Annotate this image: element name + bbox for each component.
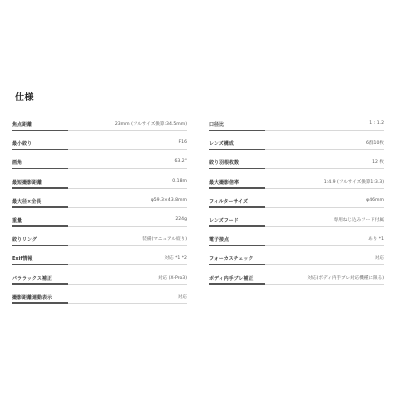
divider-accent	[209, 245, 265, 247]
spec-row: ボディ内手ブレ補正対応(ボディ内手ブレ対応機種に限る)	[209, 273, 384, 292]
spec-value: φ46mm	[366, 198, 384, 203]
spec-row: 画角63.2°	[12, 157, 187, 176]
spec-value: 対応 *1 *2	[164, 255, 187, 261]
spec-label: 絞りリング	[12, 236, 37, 243]
divider-accent	[12, 187, 68, 189]
divider-accent	[209, 283, 265, 285]
spec-value: 12 枚	[372, 159, 384, 165]
spec-value: あり *1	[368, 236, 384, 242]
spec-column-left: 焦点距離23mm (フルサイズ換算:34.5mm) 最小絞りF16 画角63.2…	[12, 119, 187, 311]
spec-label: 撮影距離連動表示	[12, 294, 52, 301]
spec-row: 最大撮影倍率1:4.9 (フルサイズ換算1:3.3)	[209, 177, 384, 196]
spec-column-right: 口径比1 : 1.2 レンズ構成6群10枚 絞り羽根枚数12 枚 最大撮影倍率1…	[209, 119, 384, 292]
spec-value: 23mm (フルサイズ換算:34.5mm)	[115, 121, 187, 127]
spec-row: 焦点距離23mm (フルサイズ換算:34.5mm)	[12, 119, 187, 138]
spec-label: 最大径×全長	[12, 198, 41, 205]
spec-label: レンズ構成	[209, 140, 234, 147]
spec-row: パララックス補正対応 (X-Pro3)	[12, 273, 187, 292]
spec-value: 0.18m	[172, 179, 187, 184]
spec-value: 専用ねじ込みフード付属	[334, 217, 384, 223]
spec-value: 対応 (X-Pro3)	[158, 275, 187, 281]
spec-row: 最小絞りF16	[12, 138, 187, 157]
spec-value: 対応	[178, 294, 187, 300]
spec-label: 重量	[12, 217, 22, 224]
spec-label: 口径比	[209, 121, 224, 128]
spec-value: 対応	[375, 255, 384, 261]
spec-value: 224g	[175, 217, 187, 222]
spec-label: 画角	[12, 159, 22, 166]
spec-row: レンズ構成6群10枚	[209, 138, 384, 157]
spec-label: 最大撮影倍率	[209, 179, 239, 186]
divider-accent	[12, 283, 68, 285]
spec-row: 撮影距離連動表示対応	[12, 292, 187, 311]
spec-label: 焦点距離	[12, 121, 32, 128]
spec-value: 6群10枚	[366, 140, 384, 146]
divider-accent	[209, 130, 265, 132]
spec-row: 絞りリング装備(マニュアル絞り)	[12, 234, 187, 253]
spec-row: 最大径×全長φ59.3×43.8mm	[12, 196, 187, 215]
spec-value: 1:4.9 (フルサイズ換算1:3.3)	[324, 179, 384, 185]
spec-row: 絞り羽根枚数12 枚	[209, 157, 384, 176]
spec-value: 63.2°	[174, 159, 187, 164]
spec-label: 最小絞り	[12, 140, 32, 147]
divider-accent	[12, 225, 68, 227]
spec-row: 電子接点あり *1	[209, 234, 384, 253]
divider-accent	[12, 149, 68, 151]
spec-value: 装備(マニュアル絞り)	[142, 236, 187, 242]
divider-accent	[12, 264, 68, 266]
spec-label: 電子接点	[209, 236, 229, 243]
divider-accent	[209, 168, 265, 170]
spec-label: ボディ内手ブレ補正	[209, 275, 253, 282]
divider-accent	[209, 206, 265, 208]
spec-value: 1 : 1.2	[369, 121, 384, 126]
divider-accent	[12, 302, 68, 304]
spec-row: 重量224g	[12, 215, 187, 234]
spec-label: フィルターサイズ	[209, 198, 248, 205]
spec-row: フィルターサイズφ46mm	[209, 196, 384, 215]
spec-row: レンズフード専用ねじ込みフード付属	[209, 215, 384, 234]
spec-value: φ59.3×43.8mm	[151, 198, 187, 203]
spec-label: 最短撮影距離	[12, 179, 42, 186]
divider-accent	[209, 264, 265, 266]
spec-row: 口径比1 : 1.2	[209, 119, 384, 138]
spec-row: Exif情報対応 *1 *2	[12, 253, 187, 272]
spec-label: フォーカスチェック	[209, 255, 253, 262]
divider-accent	[209, 225, 265, 227]
divider-accent	[12, 130, 68, 132]
divider-accent	[12, 168, 68, 170]
divider-accent	[12, 245, 68, 247]
spec-row: フォーカスチェック対応	[209, 253, 384, 272]
spec-value: F16	[179, 140, 188, 145]
spec-heading: 仕様	[15, 90, 34, 103]
spec-row: 最短撮影距離0.18m	[12, 177, 187, 196]
spec-label: パララックス補正	[12, 275, 52, 282]
spec-value: 対応(ボディ内手ブレ対応機種に限る)	[307, 275, 384, 281]
divider-accent	[12, 206, 68, 208]
divider-accent	[209, 187, 265, 189]
spec-label: 絞り羽根枚数	[209, 159, 239, 166]
spec-label: Exif情報	[12, 255, 33, 262]
divider-accent	[209, 149, 265, 151]
spec-label: レンズフード	[209, 217, 239, 224]
